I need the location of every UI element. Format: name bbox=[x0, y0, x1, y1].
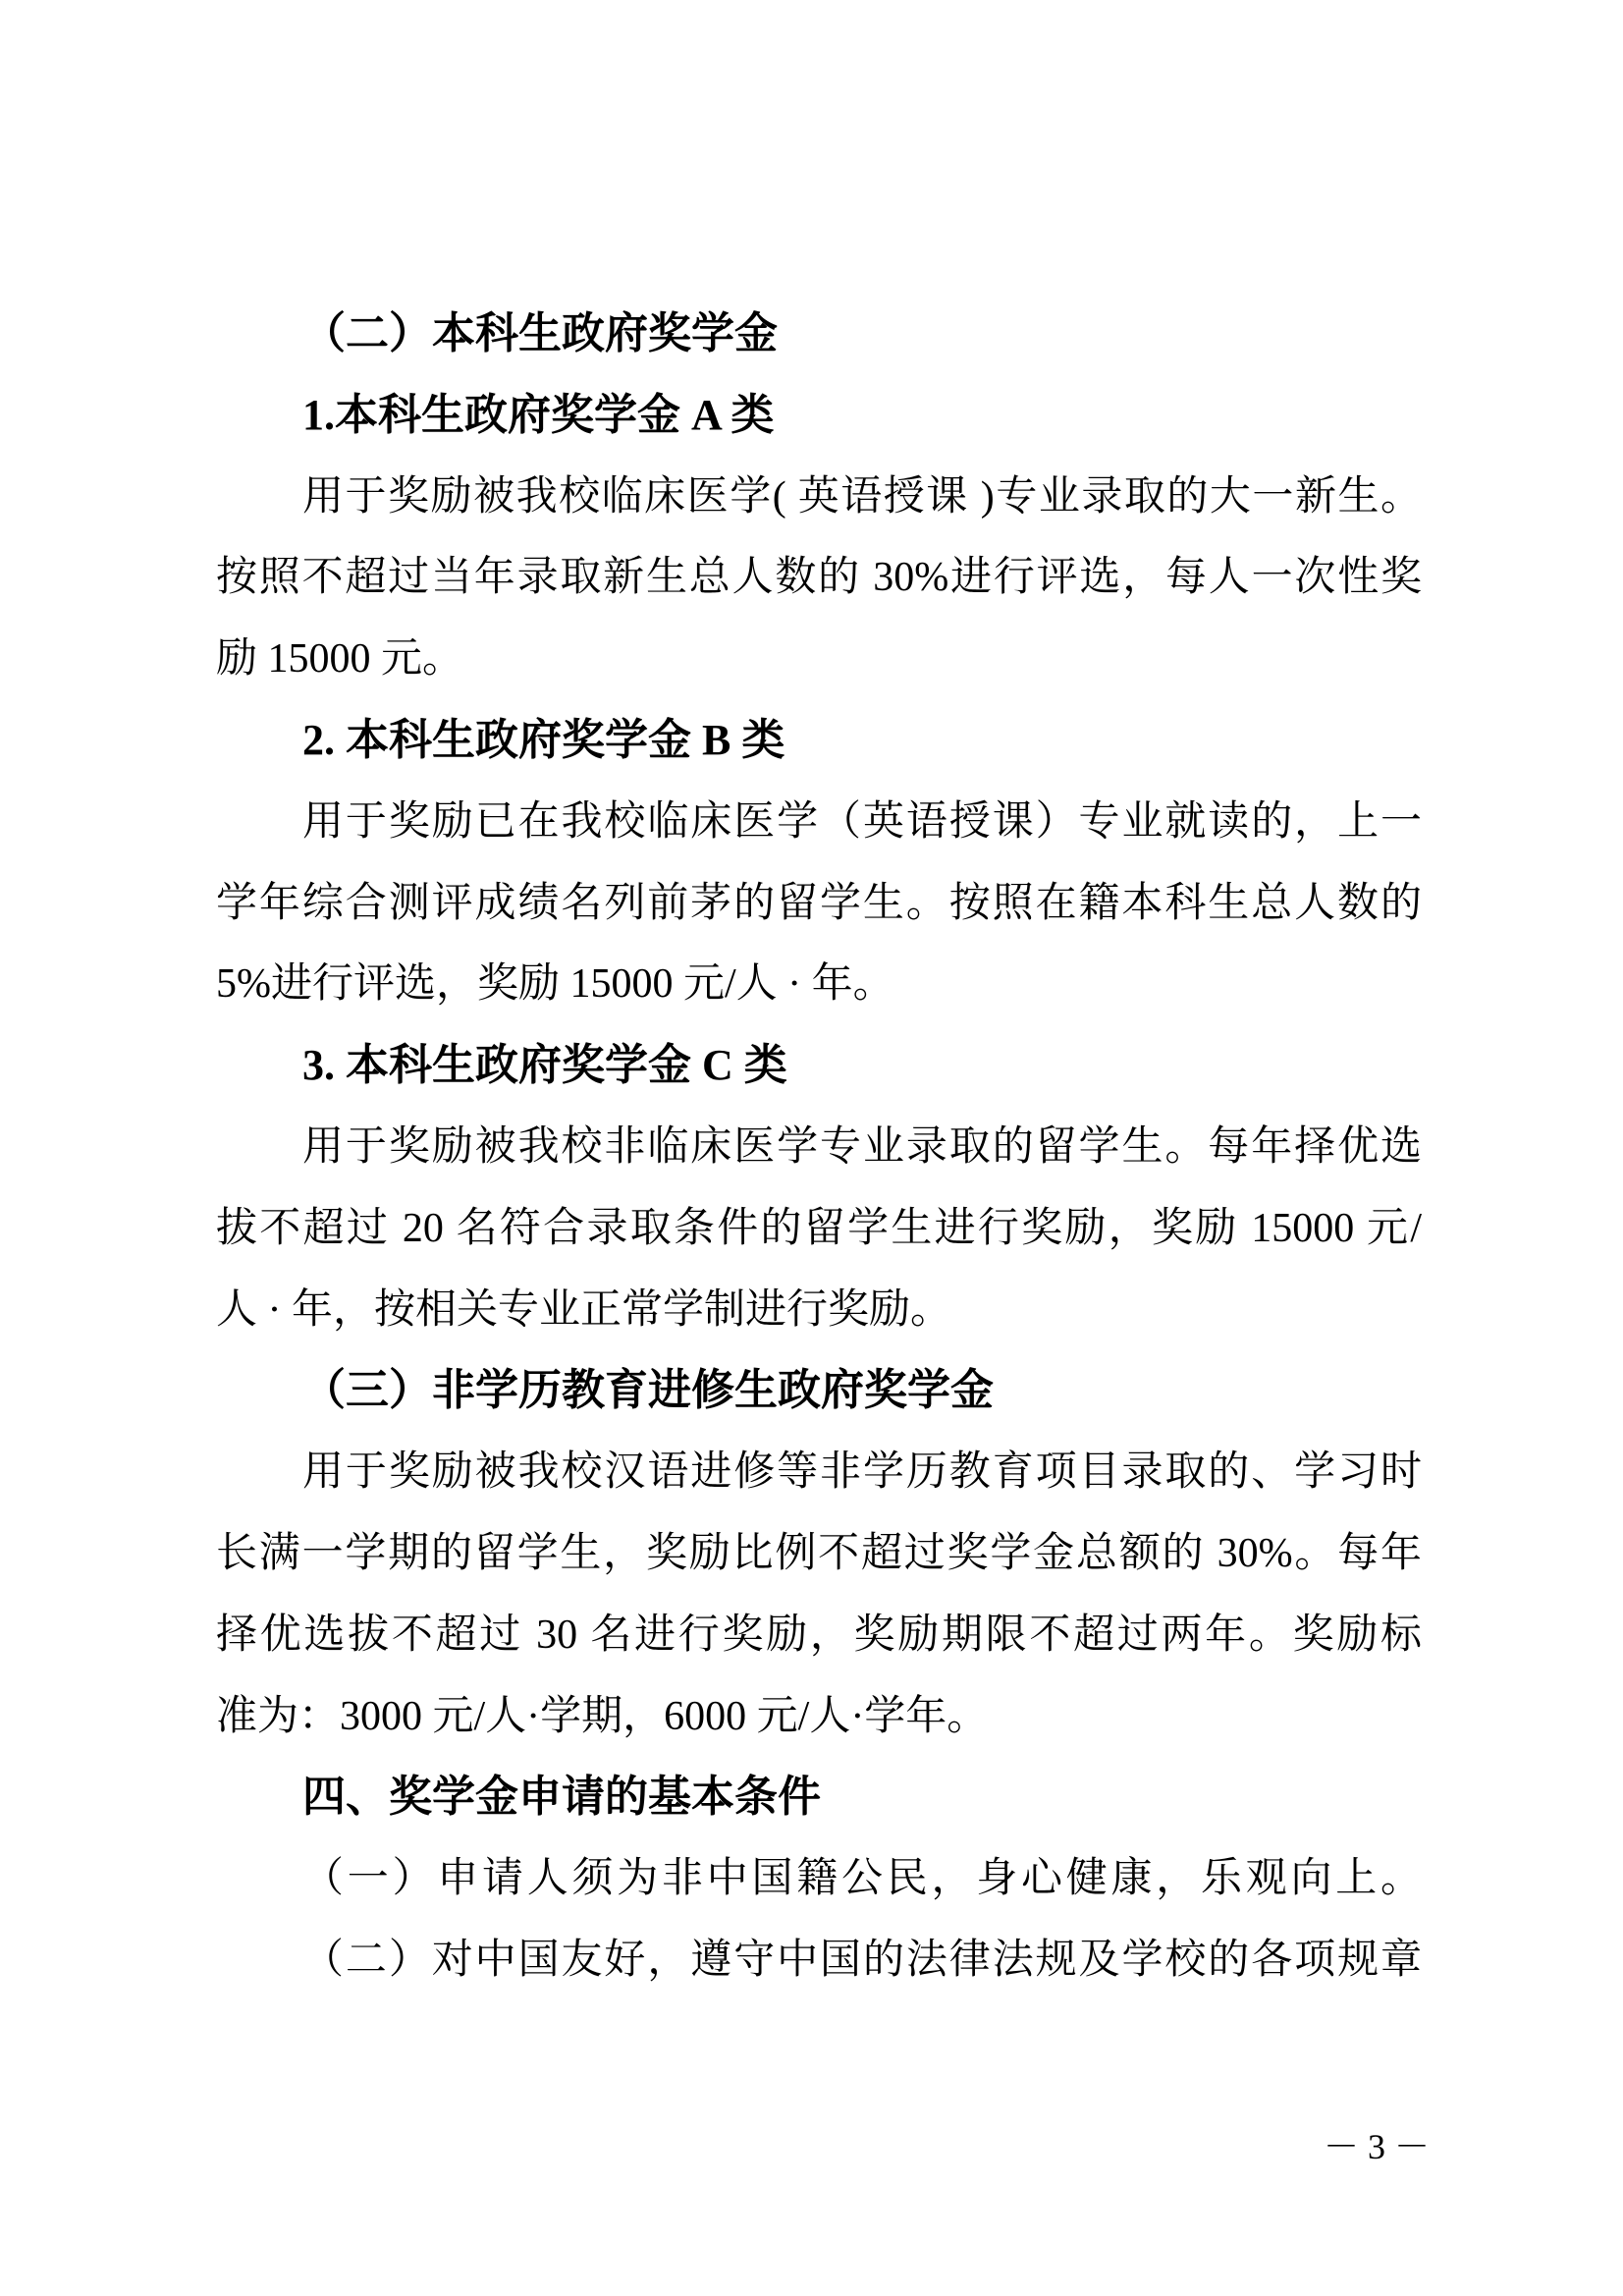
body-line: 励 15000 元。 bbox=[216, 619, 1422, 700]
body-line: 人 · 年，按相关专业正常学制进行奖励。 bbox=[216, 1270, 1422, 1351]
body-line: （二）对中国友好，遵守中国的法律法规及学校的各项规章 bbox=[216, 1920, 1422, 2001]
body-line: （一）申请人须为非中国籍公民，身心健康，乐观向上。 bbox=[216, 1838, 1422, 1920]
body-line: 择优选拔不超过 30 名进行奖励，奖励期限不超过两年。奖励标 bbox=[216, 1595, 1422, 1676]
document-body: （二）本科生政府奖学金 1.本科生政府奖学金 A 类 用于奖励被我校临床医学( … bbox=[216, 294, 1422, 2001]
chapter-heading-4: 四、奖学金申请的基本条件 bbox=[216, 1757, 1422, 1838]
body-line: 用于奖励已在我校临床医学（英语授课）专业就读的，上一 bbox=[216, 782, 1422, 863]
body-line: 准为：3000 元/人·学期，6000 元/人·学年。 bbox=[216, 1676, 1422, 1758]
body-line: 用于奖励被我校非临床医学专业录取的留学生。每年择优选 bbox=[216, 1107, 1422, 1188]
subsection-heading-b: 2. 本科生政府奖学金 B 类 bbox=[216, 700, 1422, 782]
body-line: 长满一学期的留学生，奖励比例不超过奖学金总额的 30%。每年 bbox=[216, 1513, 1422, 1595]
section-heading-2: （二）本科生政府奖学金 bbox=[216, 294, 1422, 375]
body-line: 5%进行评选，奖励 15000 元/人 · 年。 bbox=[216, 944, 1422, 1025]
body-line: 学年综合测评成绩名列前茅的留学生。按照在籍本科生总人数的 bbox=[216, 863, 1422, 945]
body-line: 用于奖励被我校汉语进修等非学历教育项目录取的、学习时 bbox=[216, 1432, 1422, 1513]
page-number: － 3 － bbox=[1324, 2123, 1432, 2170]
subsection-heading-c: 3. 本科生政府奖学金 C 类 bbox=[216, 1025, 1422, 1107]
section-heading-3: （三）非学历教育进修生政府奖学金 bbox=[216, 1350, 1422, 1432]
body-line: 按照不超过当年录取新生总人数的 30%进行评选，每人一次性奖 bbox=[216, 537, 1422, 619]
body-line: 拔不超过 20 名符合录取条件的留学生进行奖励，奖励 15000 元/ bbox=[216, 1188, 1422, 1270]
body-line: 用于奖励被我校临床医学( 英语授课 )专业录取的大一新生。 bbox=[216, 457, 1422, 538]
subsection-heading-a: 1.本科生政府奖学金 A 类 bbox=[216, 375, 1422, 457]
document-page: （二）本科生政府奖学金 1.本科生政府奖学金 A 类 用于奖励被我校临床医学( … bbox=[0, 0, 1623, 2296]
